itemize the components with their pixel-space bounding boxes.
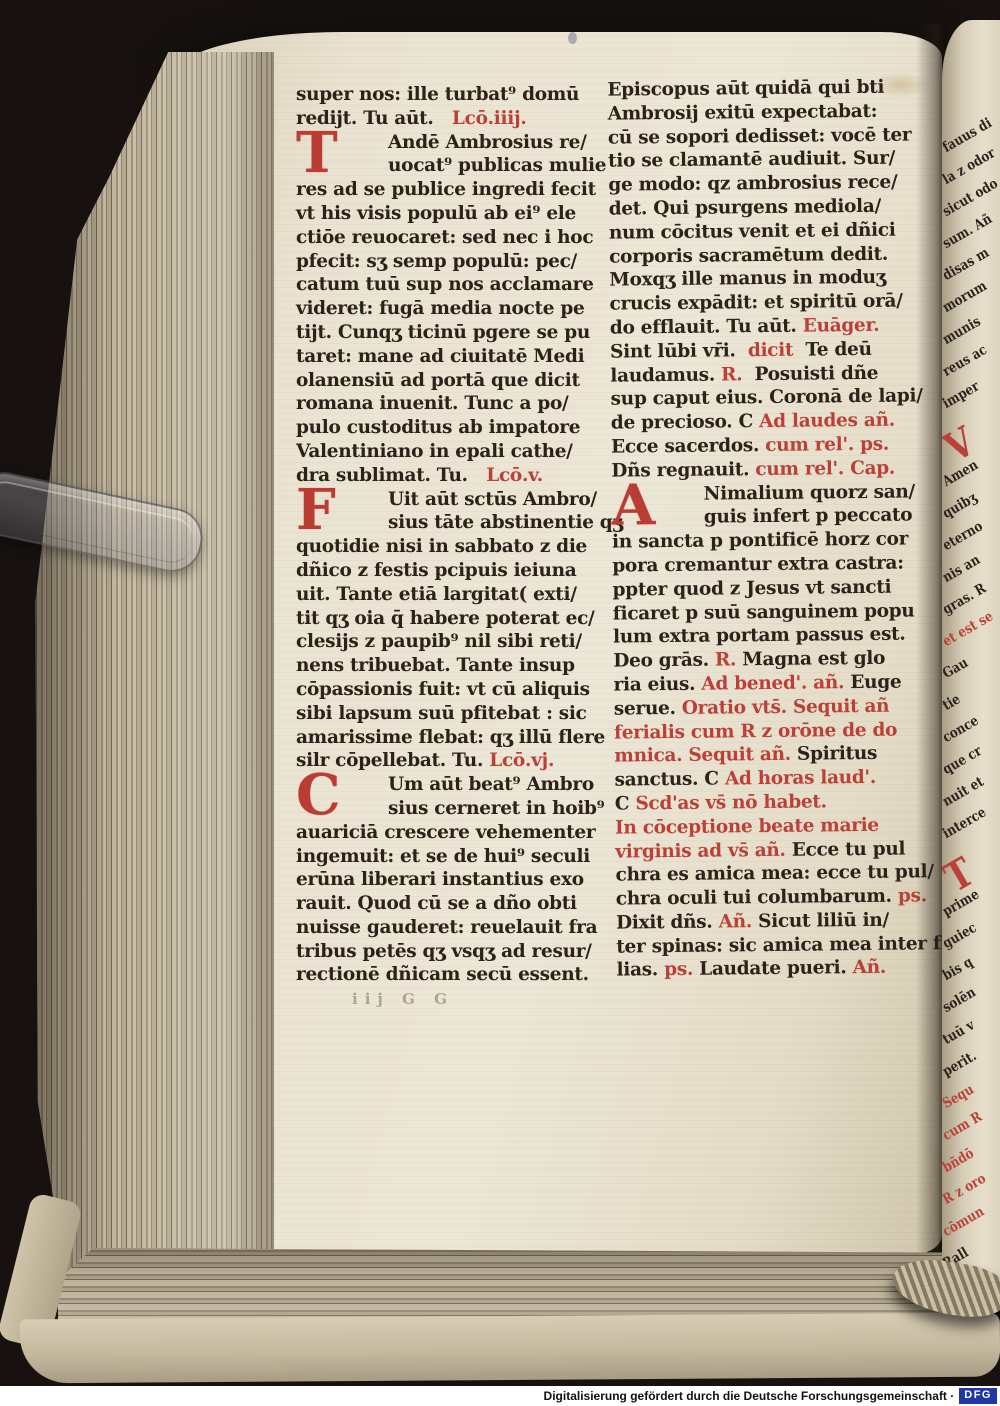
text-line: redijt. Tu aūt. Lcō.iiij. [296, 108, 608, 132]
signature-mark: iij G G [352, 990, 454, 1008]
text-line: Dixit dñs. Añ. Sicut liliū in/ [616, 909, 928, 936]
text-line: uocat⁹ publicas mulie [296, 155, 608, 179]
text-line: chra oculi tui columbarum. ps. [616, 885, 928, 912]
text-line: silr cōpellebat. Tu. Lcō.vj. [296, 750, 608, 774]
text-line: Valentiniano in epali cathe/ [296, 441, 608, 465]
text-line: do efflauit. Tu aūt. Euāger. [610, 314, 922, 341]
text-line: tribus petēs qʒ vsqʒ ad resur/ [296, 941, 608, 965]
text-line: TAndē Ambrosius re/ [296, 132, 608, 156]
text-line: tijt. Cunqʒ ticinū pgere se pu [296, 322, 608, 346]
ink-blot [568, 32, 577, 44]
text-line: sibi lapsum suū pfitebat : sic [296, 703, 608, 727]
text-line: clesijs z paupib⁹ nil sibi reti/ [296, 631, 608, 655]
text-line: FUit aūt sctūs Ambro/ [296, 489, 608, 513]
text-line: num cōcitus venit et ei dñici [609, 219, 921, 246]
text-line: taret: mane ad ciuitatē Medi [296, 346, 608, 370]
text-line: C Scd'as vs̄ nō habet. [615, 790, 927, 817]
text-line: videret: fugā media nocte pe [296, 298, 608, 322]
text-line: ria eius. Ad bened'. añ. Euge [614, 671, 926, 698]
text-line: de precioso. C Ad laudes añ. [611, 410, 923, 437]
dfg-logo: DFG [959, 1388, 997, 1404]
text-line: pora cremantur extra castra: [612, 552, 924, 579]
left-page: super nos: ille turbat⁹ domūredijt. Tu a… [172, 32, 942, 1254]
text-line: pulo custoditus ab impatore [296, 417, 608, 441]
text-line: tio se clamantē audiuit. Sur/ [608, 148, 920, 175]
text-line: sanctus. C Ad horas laud'. [615, 766, 927, 793]
text-line: lum extra portam passus est. [613, 624, 925, 651]
text-line: olanensiū ad portā que dicit [296, 370, 608, 394]
text-line: ANimalium quorz san/ [612, 481, 924, 508]
text-line: Ambrosij exitū expectabat: [608, 100, 920, 127]
text-column-left: super nos: ille turbat⁹ domūredijt. Tu a… [296, 84, 608, 988]
text-line: rectionē dñicam secū essent. [296, 964, 608, 988]
text-line: dra sublimat. Tu. Lcō.v. [296, 465, 608, 489]
book-bottom-page-edges [58, 1248, 942, 1324]
text-line: crucis expādit: et spiritū orā/ [610, 291, 922, 318]
text-line: Episcopus aūt quidā qui bti [607, 76, 919, 103]
text-line: det. Qui psurgens mediola/ [609, 195, 921, 222]
text-line: corporis sacramētum dedit. [609, 243, 921, 270]
right-page-text-fragments: fauus dila z odorsicut odosum. Añdisas m… [948, 140, 1000, 1308]
text-line: sius tāte abstinentie qʒ [296, 512, 608, 536]
text-line: res ad se publice ingredi fecit [296, 179, 608, 203]
digitization-footer: Digitalisierung gefördert durch die Deut… [0, 1386, 1000, 1406]
text-line: in sancta p pontificē horz cor [612, 529, 924, 556]
text-line: ctiōe reuocaret: sed nec i hoc [296, 227, 608, 251]
text-line: nuisse gauderet: reuelauit fra [296, 917, 608, 941]
text-line: vt his visis populū ab ei⁹ ele [296, 203, 608, 227]
text-line: pfecit: sʒ semp populū: pec/ [296, 251, 608, 275]
text-line: Dñs regnauit. cum rel'. Cap. [611, 457, 923, 484]
right-page-sliver: fauus dila z odorsicut odosum. Añdisas m… [942, 20, 1000, 1308]
book-fore-edge-pages [28, 52, 274, 1302]
text-line: virginis ad vs̄ añ. Ecce tu pul [615, 838, 927, 865]
text-line: erūna liberari instantius exo [296, 869, 608, 893]
text-line: Deo grās. R. Magna est glo [613, 647, 925, 674]
text-line: ficaret p suū sanguinem popu [613, 600, 925, 627]
text-line: mnica. Sequit añ. Spiritus [614, 743, 926, 770]
text-line: nens tribuebat. Tante insup [296, 655, 608, 679]
text-line: dñico z festis pcipuis ieiuna [296, 560, 608, 584]
footer-credit-text: Digitalisierung gefördert durch die Deut… [544, 1389, 955, 1403]
text-line: CUm aūt beat⁹ Ambro [296, 774, 608, 798]
text-line: catum tuū sup nos acclamare [296, 274, 608, 298]
text-line: rauit. Quod cū se a dño obti [296, 893, 608, 917]
book-scan: super nos: ille turbat⁹ domūredijt. Tu a… [0, 0, 1000, 1406]
text-line: Ecce sacerdos. cum rel'. ps. [611, 433, 923, 460]
book-cover-bottom [20, 1313, 1000, 1384]
text-column-right: Episcopus aūt quidā qui btiAmbrosij exit… [607, 76, 928, 983]
text-line: uit. Tante etiā largitat( exti/ [296, 584, 608, 608]
text-line: quotidie nisi in sabbato z die [296, 536, 608, 560]
text-line: ge modo: qz ambrosius rece/ [608, 172, 920, 199]
text-line: Sint lūbi vr̄i. dicit Te deū [610, 338, 922, 365]
text-line: ppter quod z Jesus vt sancti [613, 576, 925, 603]
text-line: sup caput eius. Coronā de lapi/ [611, 386, 923, 413]
text-line: auariciā crescere vehementer [296, 822, 608, 846]
text-line: guis infert p peccato [612, 505, 924, 532]
text-line: chra es amica mea: ecce tu pul/ [615, 862, 927, 889]
text-line: super nos: ille turbat⁹ domū [296, 84, 608, 108]
text-line: tit qʒ oia q̄ habere poterat ec/ [296, 608, 608, 632]
text-line: lias. ps. Laudate pueri. Añ. [616, 957, 928, 984]
text-line: In cōceptione beate marie [615, 814, 927, 841]
text-line: ter spinas: sic amica mea inter fi [616, 933, 928, 960]
text-line: ferialis cum R z orōne de do [614, 719, 926, 746]
text-line: sius cerneret in hoib⁹ [296, 798, 608, 822]
text-line: romana inuenit. Tunc a po/ [296, 393, 608, 417]
text-line: cōpassionis fuit: vt cū aliquis [296, 679, 608, 703]
text-line: cū se sopori dedisset: vocē ter [608, 124, 920, 151]
text-line: amarissime flebat: qʒ illū flere [296, 727, 608, 751]
text-line: ingemuit: et se de hui⁹ seculi [296, 846, 608, 870]
text-line: laudamus. R. Posuisti dñe [610, 362, 922, 389]
text-line: serue. Oratio vts̄. Sequit añ [614, 695, 926, 722]
text-line: Moxqʒ ille manus in moduʒ [609, 267, 921, 294]
